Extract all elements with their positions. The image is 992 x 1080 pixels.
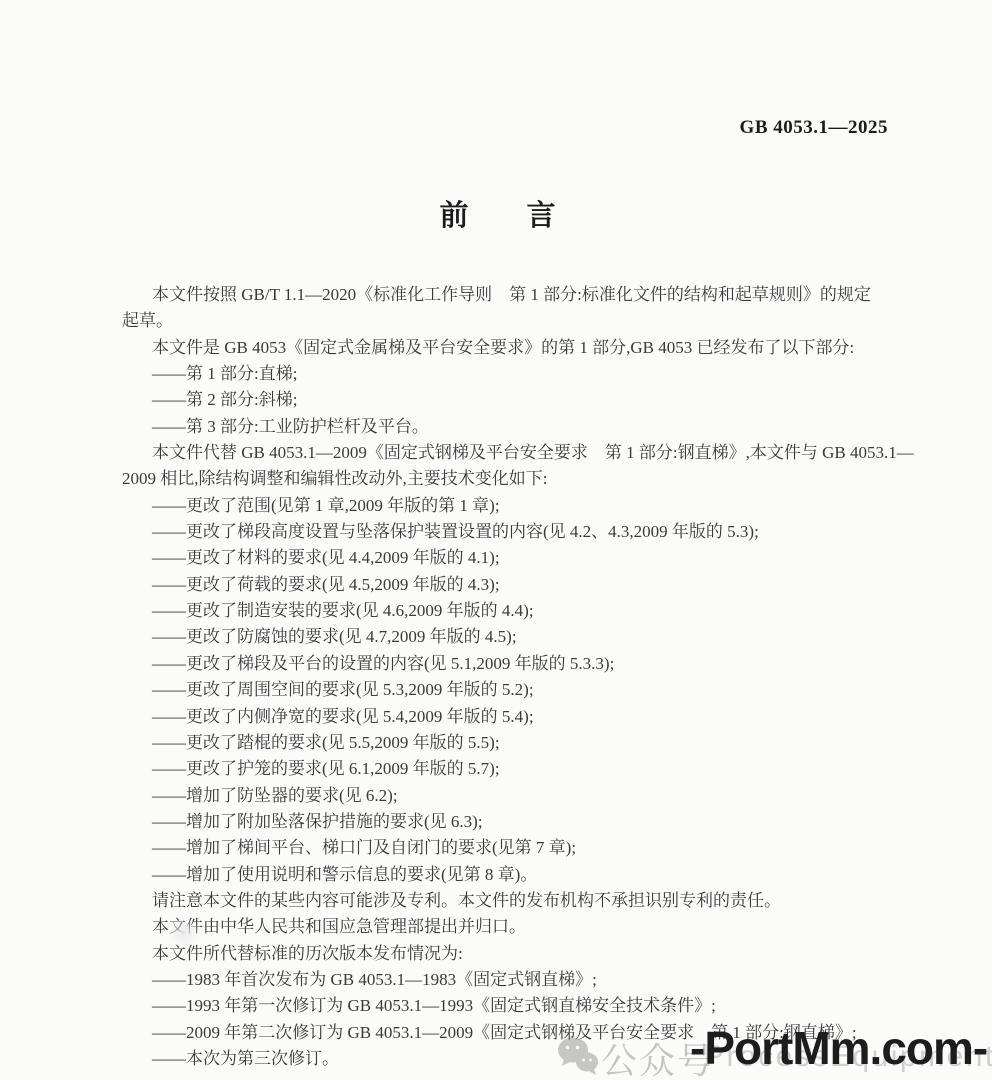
body-line: ——更改了周围空间的要求(见 5.3,2009 年版的 5.2); (122, 677, 922, 703)
scan-smudge (168, 918, 200, 948)
body-line: ——更改了防腐蚀的要求(见 4.7,2009 年版的 4.5); (122, 624, 922, 650)
body-line: ——第 1 部分:直梯; (122, 361, 922, 387)
body-line: 本文件由中华人民共和国应急管理部提出并归口。 (122, 914, 922, 940)
standard-number: GB 4053.1—2025 (740, 117, 888, 139)
body-line: ——更改了梯段及平台的设置的内容(见 5.1,2009 年版的 5.3.3); (122, 651, 922, 677)
body-line: ——更改了踏棍的要求(见 5.5,2009 年版的 5.5); (122, 730, 922, 756)
body-line: ——第 2 部分:斜梯; (122, 387, 922, 413)
body-line: ——更改了制造安装的要求(见 4.6,2009 年版的 4.4); (122, 598, 922, 624)
body-line: ——增加了梯间平台、梯口门及自闭门的要求(见第 7 章); (122, 835, 922, 861)
body-line: 请注意本文件的某些内容可能涉及专利。本文件的发布机构不承担识别专利的责任。 (122, 888, 922, 914)
body-line: ——增加了防坠器的要求(见 6.2); (122, 783, 922, 809)
body-line: ——更改了范围(见第 1 章,2009 年版的第 1 章); (122, 493, 922, 519)
body-line: 本文件是 GB 4053《固定式金属梯及平台安全要求》的第 1 部分,GB 40… (122, 335, 922, 361)
body-line: ——更改了护笼的要求(见 6.1,2009 年版的 5.7); (122, 756, 922, 782)
body-line: 本文件代替 GB 4053.1—2009《固定式钢梯及平台安全要求 第 1 部分… (122, 440, 922, 466)
body-line: 本文件所代替标准的历次版本发布情况为: (122, 941, 922, 967)
body-line: 2009 相比,除结构调整和编辑性改动外,主要技术变化如下: (122, 466, 922, 492)
foreword-body: 本文件按照 GB/T 1.1—2020《标准化工作导则 第 1 部分:标准化文件… (122, 282, 922, 1072)
body-line: ——1983 年首次发布为 GB 4053.1—1983《固定式钢直梯》; (122, 967, 922, 993)
body-line: 起草。 (122, 308, 922, 334)
body-line: ——1993 年第一次修订为 GB 4053.1—1993《固定式钢直梯安全技术… (122, 993, 922, 1019)
body-line: ——更改了材料的要求(见 4.4,2009 年版的 4.1); (122, 545, 922, 571)
watermark-site-text: -PortMm.com- (690, 1021, 987, 1075)
body-line: ——增加了使用说明和警示信息的要求(见第 8 章)。 (122, 862, 922, 888)
body-line: 本文件按照 GB/T 1.1—2020《标准化工作导则 第 1 部分:标准化文件… (122, 282, 922, 308)
wechat-icon (557, 1036, 599, 1076)
body-line: ——更改了梯段高度设置与坠落保护装置设置的内容(见 4.2、4.3,2009 年… (122, 519, 922, 545)
page-title: 前 言 (116, 193, 879, 234)
body-line: ——更改了荷载的要求(见 4.5,2009 年版的 4.3); (122, 572, 922, 598)
document-page: GB 4053.1—2025 前 言 本文件按照 GB/T 1.1—2020《标… (0, 0, 992, 1080)
body-line: ——第 3 部分:工业防护栏杆及平台。 (122, 414, 922, 440)
body-line: ——增加了附加坠落保护措施的要求(见 6.3); (122, 809, 922, 835)
body-line: ——更改了内侧净宽的要求(见 5.4,2009 年版的 5.4); (122, 704, 922, 730)
